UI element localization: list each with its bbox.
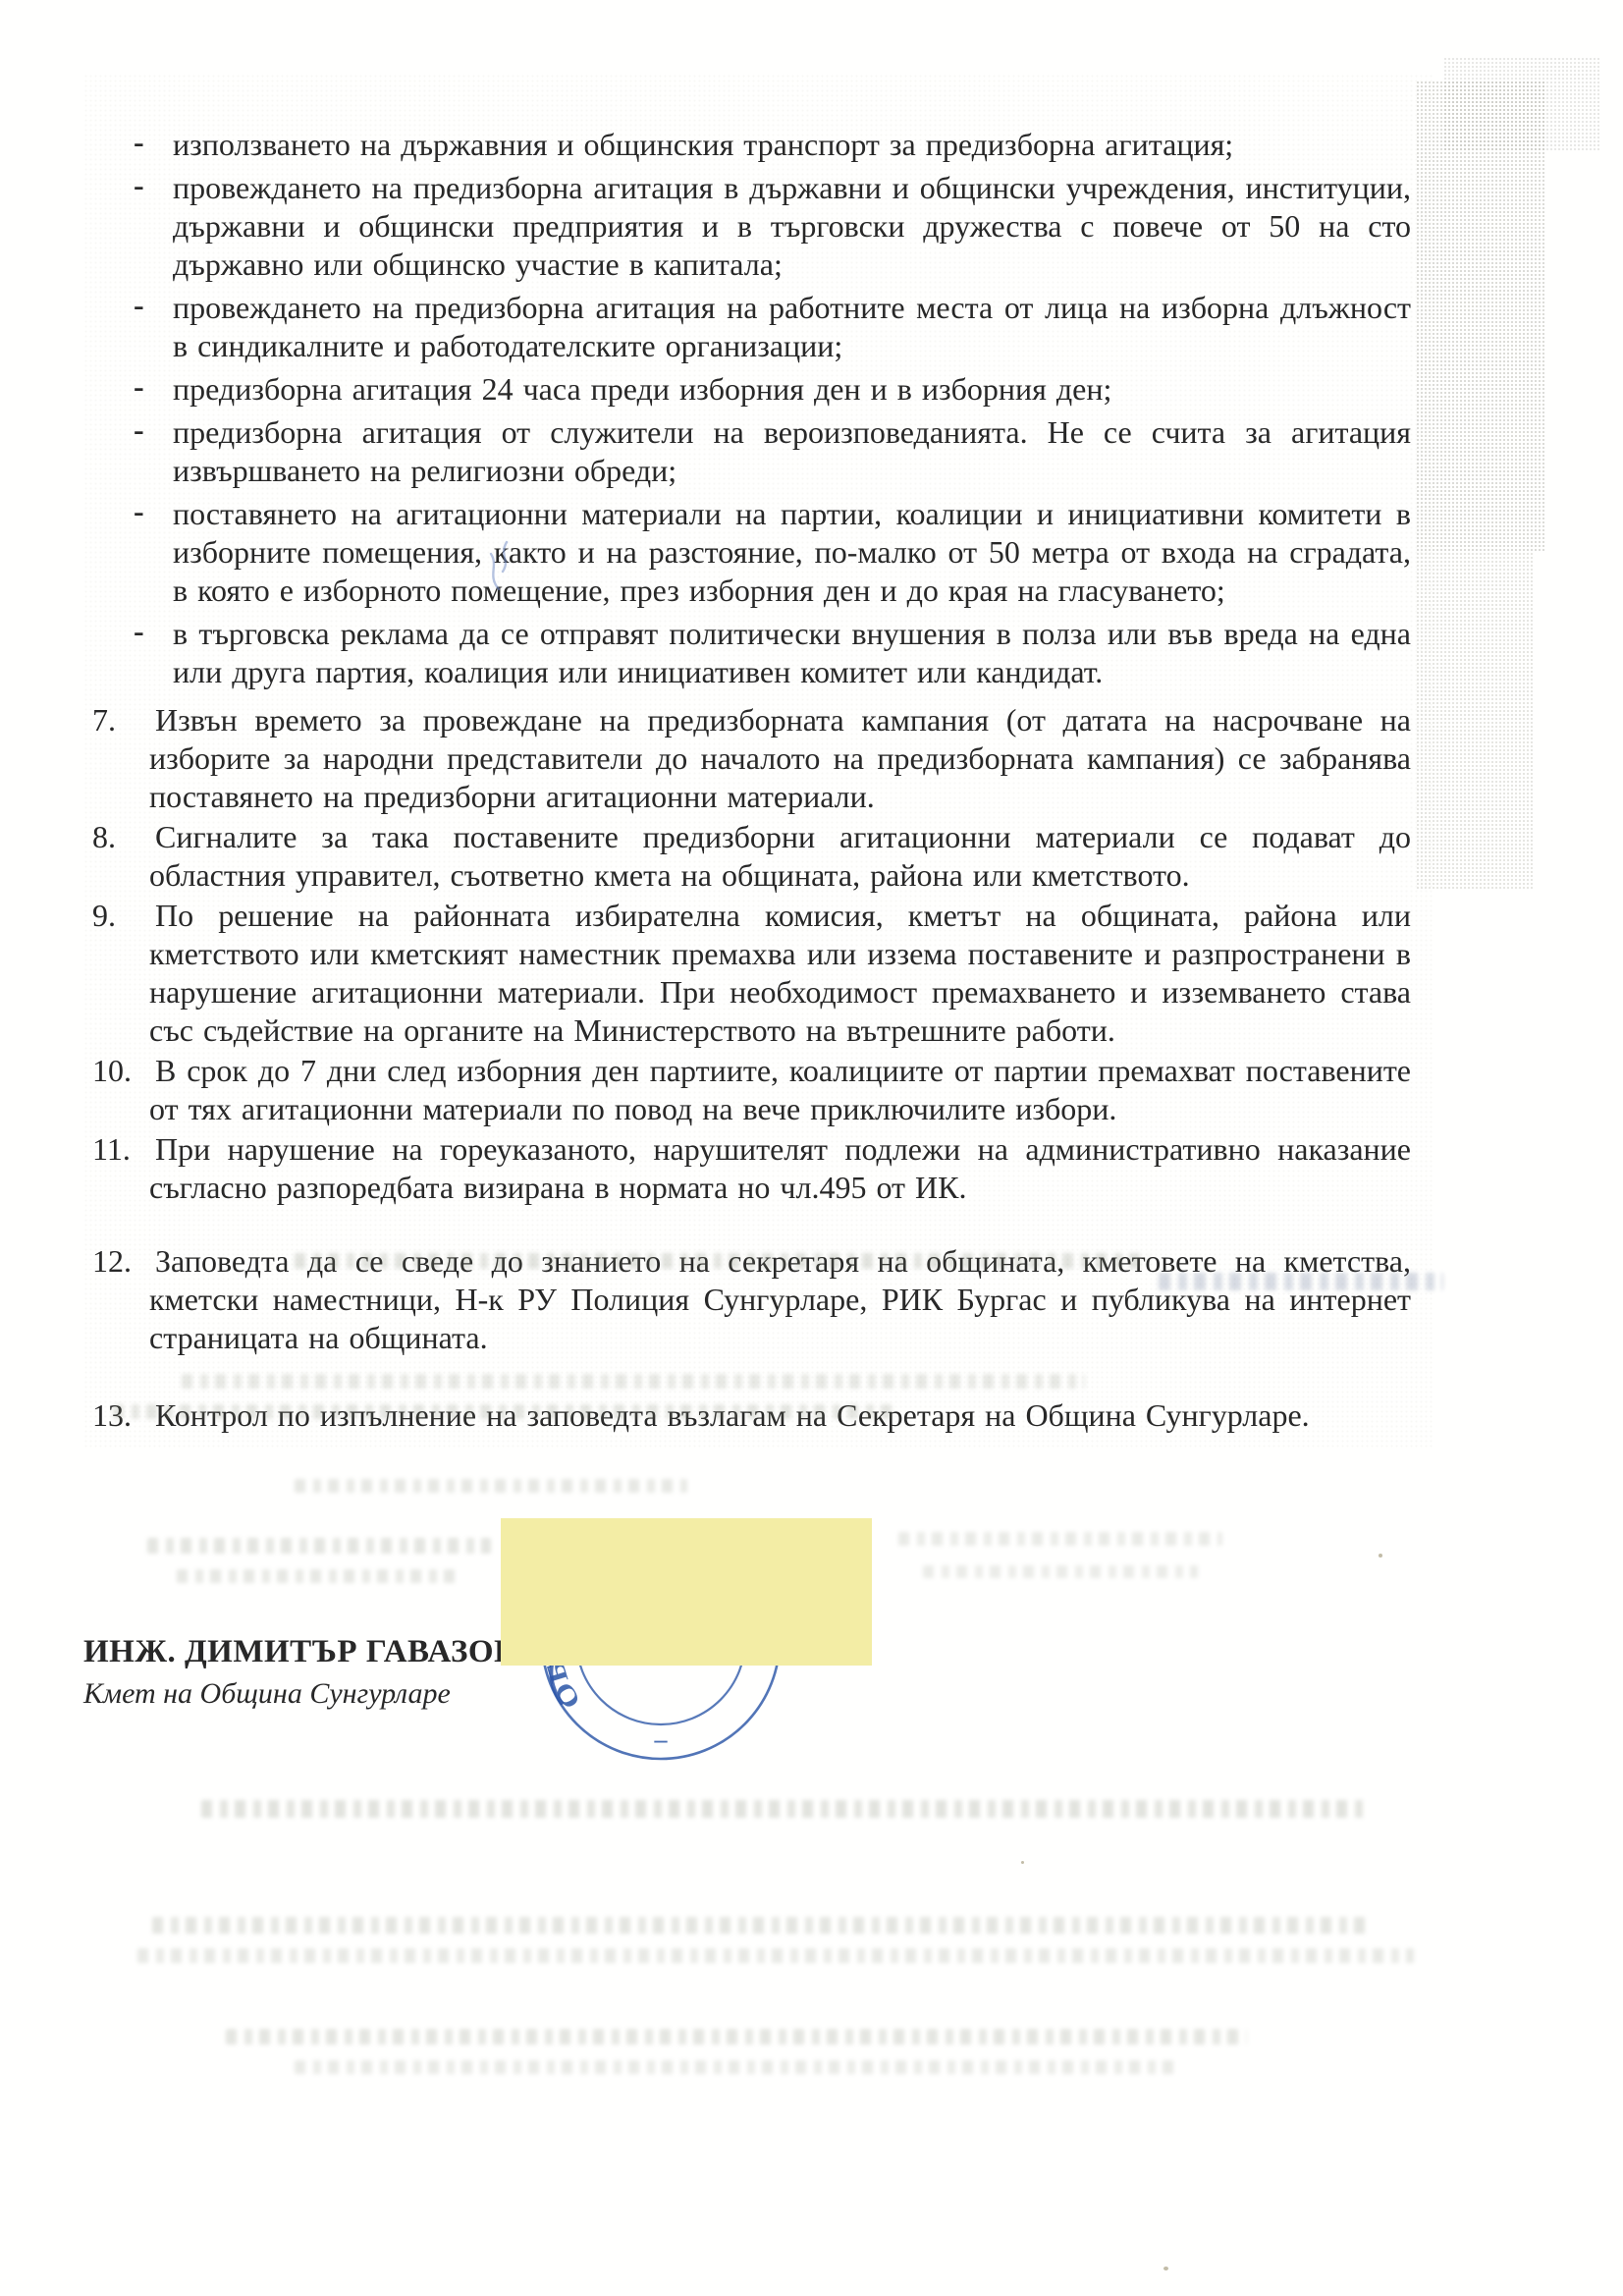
bullet-item: -предизборна агитация 24 часа преди избо… xyxy=(88,370,1411,409)
item-text: По решение на районната избирателна коми… xyxy=(149,897,1411,1050)
bleed-through-mark xyxy=(1159,1273,1443,1290)
bleed-through-mark xyxy=(898,1532,1222,1546)
paper-speck xyxy=(1163,2267,1168,2270)
bullet-text: предизборна агитация 24 часа преди избор… xyxy=(173,371,1111,407)
item-text: Сигналите за така поставените предизборн… xyxy=(149,818,1411,895)
bullet-item: -поставянето на агитационни материали на… xyxy=(88,495,1411,610)
bullet-text: използването на държавния и общинския тр… xyxy=(173,127,1233,162)
numbered-item: 10. В срок до 7 дни след изборния ден па… xyxy=(88,1052,1411,1128)
bleed-through-mark xyxy=(295,2060,1178,2074)
bullet-item: -предизборна агитация от служители на ве… xyxy=(88,413,1411,490)
bleed-through-mark xyxy=(923,1565,1198,1578)
bleed-through-mark xyxy=(182,1374,1085,1389)
item-number: 11. xyxy=(92,1130,131,1169)
bleed-through-mark xyxy=(201,1800,1370,1818)
signature-block: ИНЖ. ДИМИТЪР ГАВАЗОВ Кмет на Община Сунг… xyxy=(83,1634,516,1711)
numbered-item: 7. Извън времето за провеждане на предиз… xyxy=(88,701,1411,816)
bleed-through-mark xyxy=(295,1479,687,1493)
bullet-text: поставянето на агитационни материали на … xyxy=(173,496,1411,608)
numbered-item: 11. При нарушение на гореуказаното, нару… xyxy=(88,1130,1411,1207)
item-text: В срок до 7 дни след изборния ден партии… xyxy=(149,1052,1411,1128)
paper-speck xyxy=(1021,1861,1024,1864)
bullet-text: предизборна агитация от служители на вер… xyxy=(173,414,1411,488)
bleed-through-mark xyxy=(152,1917,1370,1934)
bleed-through-mark xyxy=(113,1404,898,1419)
scan-shadow-band xyxy=(1416,552,1534,891)
scan-shadow-band xyxy=(1443,57,1600,150)
redaction-sticker xyxy=(501,1518,872,1666)
bullet-dash: - xyxy=(134,166,144,204)
bullet-item: -провеждането на предизборна агитация в … xyxy=(88,169,1411,284)
bleed-through-mark xyxy=(226,2029,1247,2045)
item-number: 9. xyxy=(92,897,116,935)
bullet-text: провеждането на предизборна агитация в д… xyxy=(173,170,1411,282)
bleed-through-mark xyxy=(147,1538,491,1554)
stamp-separator: – xyxy=(654,1725,669,1754)
bullet-dash: - xyxy=(134,286,144,324)
bullet-dash: - xyxy=(134,367,144,406)
bullet-text: в търговска реклама да се отправят полит… xyxy=(173,616,1411,689)
bullet-dash: - xyxy=(134,410,144,449)
bleed-through-mark xyxy=(137,1948,1414,1963)
item-number: 7. xyxy=(92,701,116,739)
scanned-document-page: -използването на държавния и общинския т… xyxy=(0,0,1623,2296)
item-number: 12. xyxy=(92,1242,132,1281)
item-number: 10. xyxy=(92,1052,132,1090)
signature-title: Кмет на Община Сунгурларе xyxy=(83,1677,516,1711)
bullet-item: -използването на държавния и общинския т… xyxy=(88,126,1411,164)
numbered-item: 8. Сигналите за така поставените предизб… xyxy=(88,818,1411,895)
item-number: 8. xyxy=(92,818,116,856)
item-text: При нарушение на гореуказаното, нарушите… xyxy=(149,1130,1411,1207)
bullet-dash: - xyxy=(134,612,144,650)
bullet-text: провеждането на предизборна агитация на … xyxy=(173,290,1411,363)
bullet-dash: - xyxy=(134,492,144,530)
signature-name: ИНЖ. ДИМИТЪР ГАВАЗОВ xyxy=(83,1634,516,1670)
bullet-dash: - xyxy=(134,123,144,161)
item-text: Извън времето за провеждане на предизбор… xyxy=(149,701,1411,816)
bleed-through-mark xyxy=(177,1569,461,1583)
bullet-item: -провеждането на предизборна агитация на… xyxy=(88,289,1411,365)
bullet-item: -в търговска реклама да се отправят поли… xyxy=(88,615,1411,691)
paper-speck xyxy=(1379,1554,1382,1558)
numbered-item: 9. По решение на районната избирателна к… xyxy=(88,897,1411,1050)
scan-shadow-band xyxy=(1416,81,1545,552)
ink-squiggle xyxy=(469,538,528,597)
bleed-through-mark xyxy=(295,1253,1149,1269)
text-column: -използването на държавния и общинския т… xyxy=(88,126,1411,1437)
